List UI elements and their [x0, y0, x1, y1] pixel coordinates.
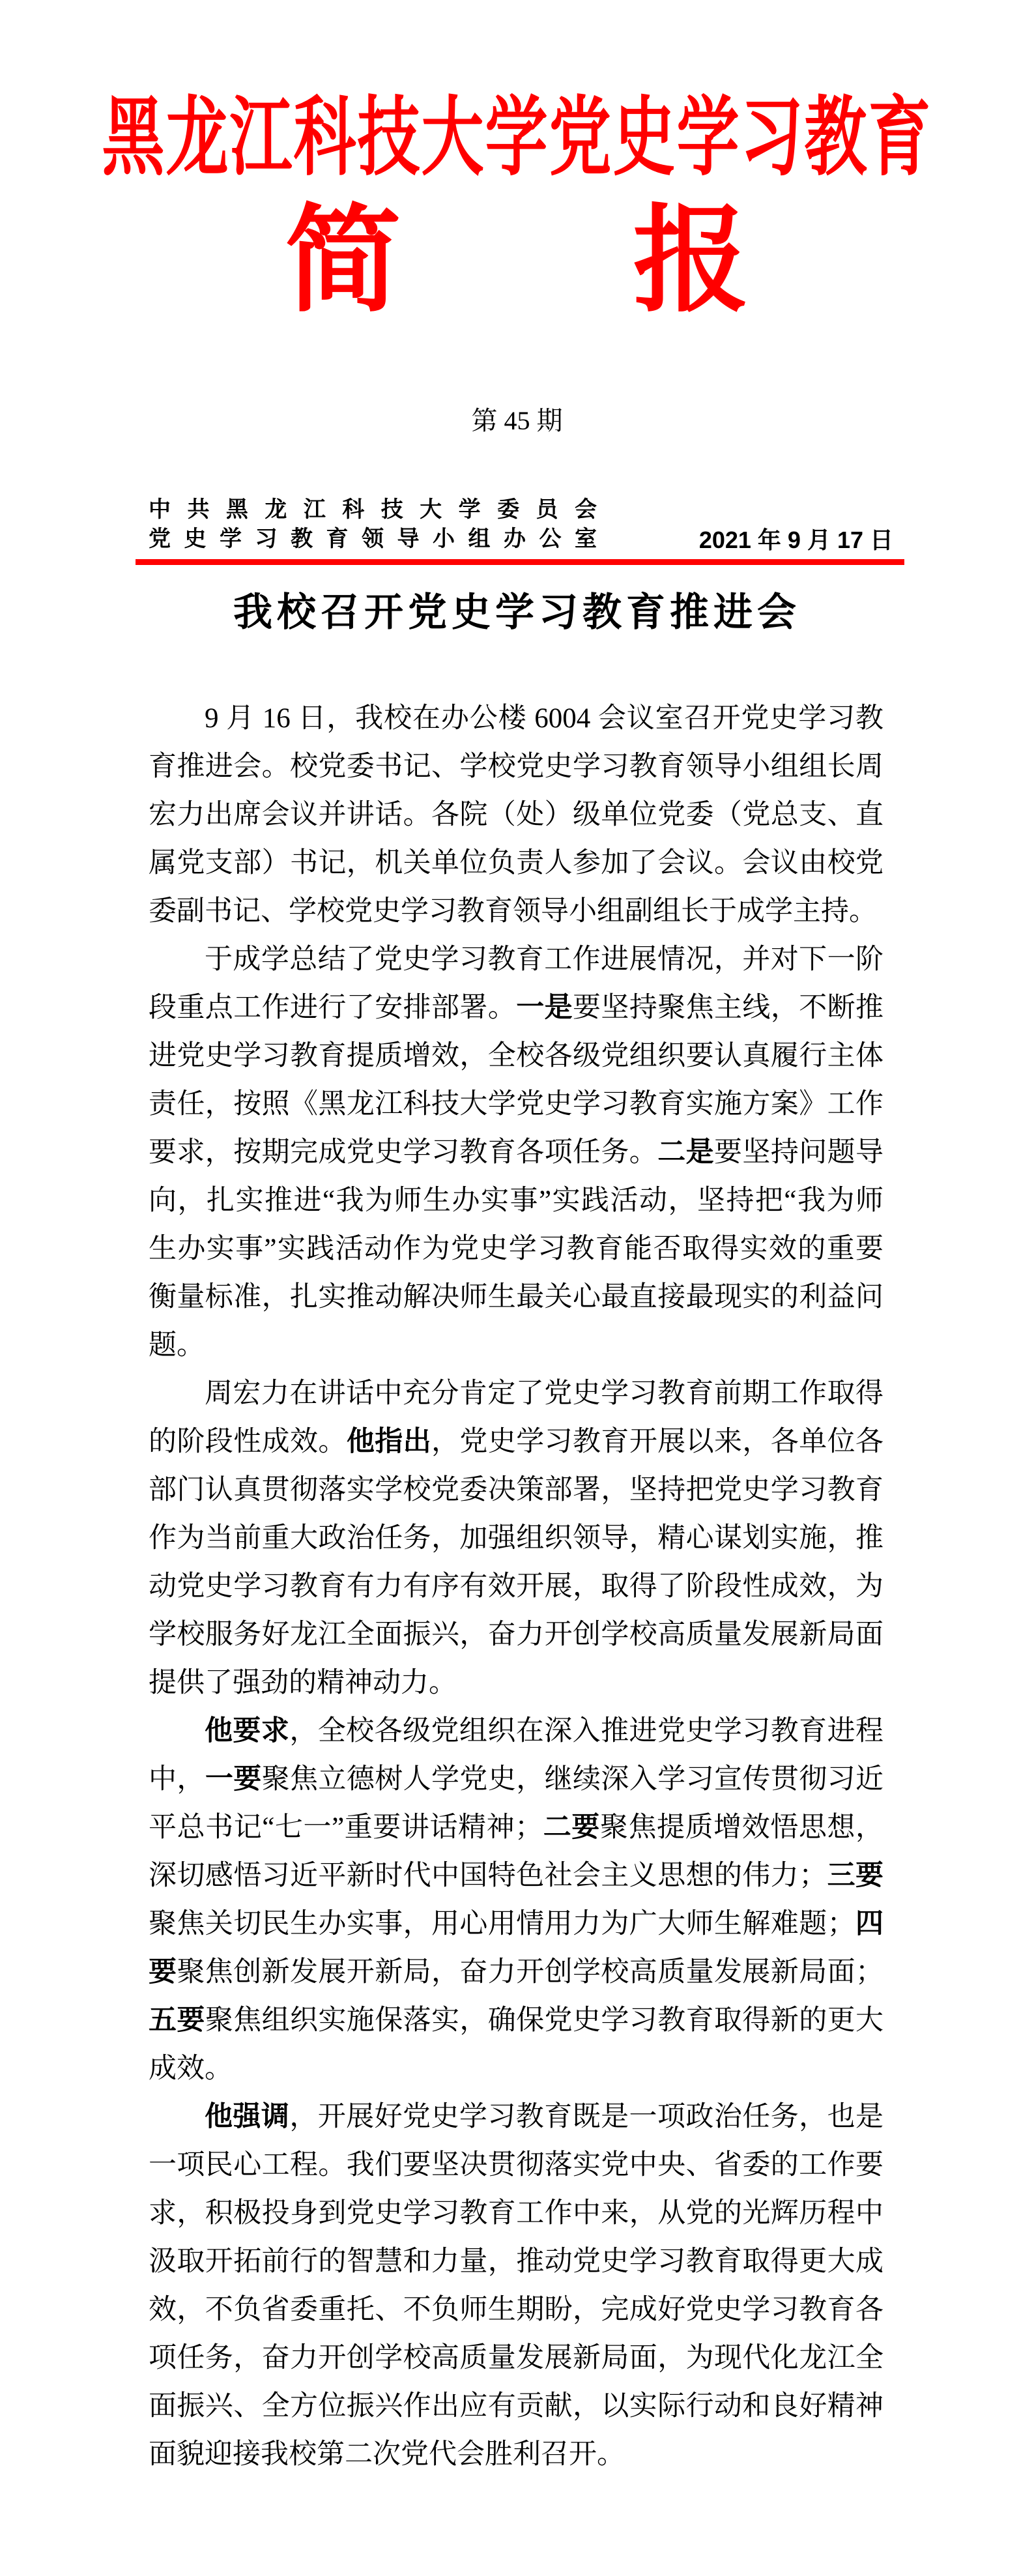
masthead-title: 黑龙江科技大学党史学习教育	[0, 95, 1034, 181]
article-paragraph: 9 月 16 日，我校在办公楼 6004 会议室召开党史学习教育推进会。校党委书…	[149, 695, 883, 936]
emphasis-run: 一是	[516, 992, 573, 1023]
text-run: 聚焦关切民生办实事，用心用情用力为广大师生解难题；	[149, 1909, 855, 1939]
emphasis-run: 一要	[205, 1764, 262, 1795]
text-run: 聚焦创新发展开新局，奋力开创学校高质量发展新局面；	[177, 1957, 883, 1988]
bulletin-name: 简 报	[0, 203, 1034, 319]
emphasis-run: 二是	[657, 1137, 714, 1168]
publisher-block: 中共黑龙江科技大学委员会 党史学习教育领导小组办公室	[149, 495, 597, 554]
publish-date: 2021 年 9 月 17 日	[699, 525, 893, 555]
emphasis-run: 三要	[827, 1860, 883, 1891]
text-run: 9 月 16 日，我校在办公楼 6004 会议室召开党史学习教育推进会。校党委书…	[149, 703, 883, 927]
emphasis-run: 他要求	[205, 1716, 289, 1746]
article-paragraph: 他要求，全校各级党组织在深入推进党史学习教育进程中，一要聚焦立德树人学党史，继续…	[149, 1707, 883, 2093]
emphasis-run: 五要	[149, 2005, 205, 2036]
article-paragraph: 于成学总结了党史学习教育工作进展情况，并对下一阶段重点工作进行了安排部署。一是要…	[149, 936, 883, 1370]
issue-number: 第 45 期	[0, 408, 1034, 434]
text-run: 要坚持问题导向，扎实推进“我为师生办实事”实践活动，坚持把“我为师生办实事”实践…	[149, 1137, 883, 1361]
bulletin-page: 黑龙江科技大学党史学习教育 简 报 第 45 期 中共黑龙江科技大学委员会 党史…	[0, 0, 1034, 2576]
text-run: ，党史学习教育开展以来，各单位各部门认真贯彻落实学校党委决策部署，坚持把党史学习…	[149, 1426, 883, 1698]
article-paragraph: 周宏力在讲话中充分肯定了党史学习教育前期工作取得的阶段性成效。他指出，党史学习教…	[149, 1370, 883, 1707]
emphasis-run: 他强调	[205, 2102, 289, 2132]
article-title: 我校召开党史学习教育推进会	[0, 590, 1034, 635]
red-divider-rule	[136, 559, 904, 565]
text-run: 聚焦组织实施保落实，确保党史学习教育取得新的更大成效。	[149, 2005, 883, 2084]
emphasis-run: 二要	[543, 1812, 600, 1843]
publisher-line-1: 中共黑龙江科技大学委员会	[149, 495, 597, 525]
article-body: 9 月 16 日，我校在办公楼 6004 会议室召开党史学习教育推进会。校党委书…	[149, 695, 883, 2479]
text-run: ，开展好党史学习教育既是一项政治任务，也是一项民心工程。我们要坚决贯彻落实党中央…	[149, 2102, 883, 2470]
article-paragraph: 他强调，开展好党史学习教育既是一项政治任务，也是一项民心工程。我们要坚决贯彻落实…	[149, 2093, 883, 2479]
emphasis-run: 他指出	[347, 1426, 431, 1457]
publisher-line-2: 党史学习教育领导小组办公室	[149, 525, 597, 554]
